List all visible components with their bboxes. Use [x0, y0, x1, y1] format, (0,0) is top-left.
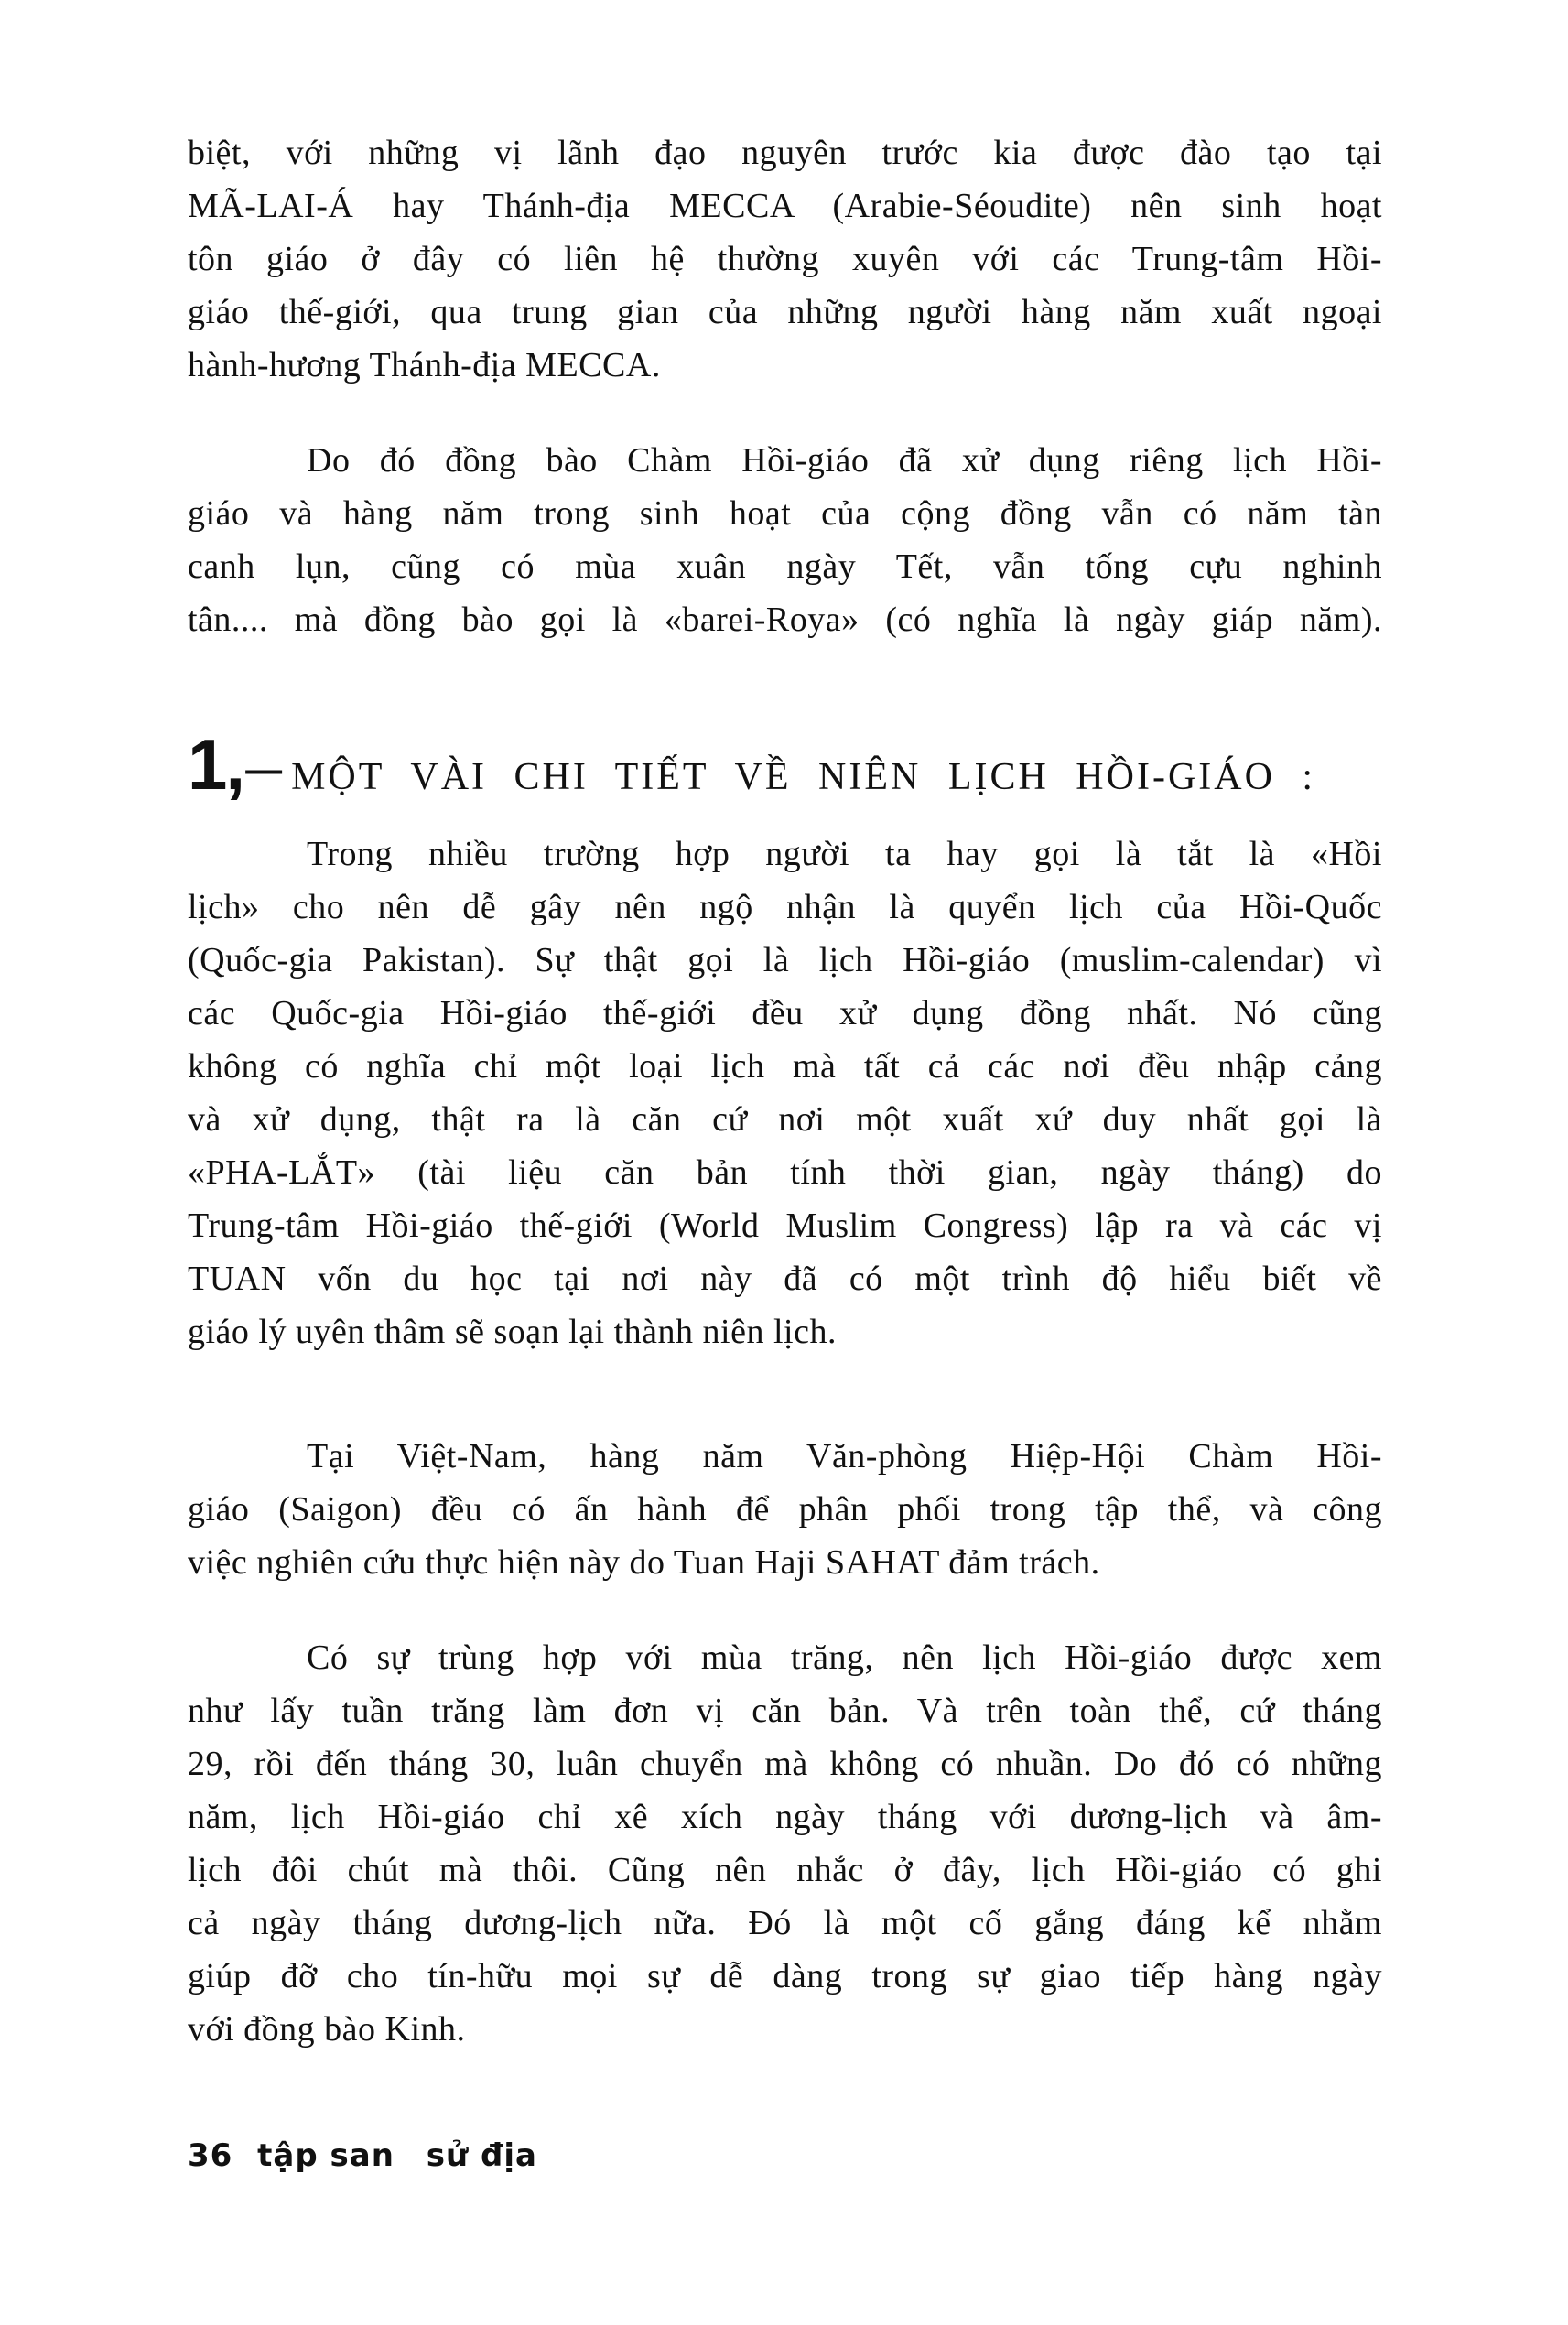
text-line: giáo (Saigon) đều có ấn hành để phân phố… — [188, 1487, 1382, 1532]
publication-name-part2: sử địa — [427, 2137, 537, 2174]
section-title: MỘT VÀI CHI TIẾT VỀ NIÊN LỊCH HỒI-GIÁO : — [291, 755, 1315, 799]
text-line: cả ngày tháng dương-lịch nữa. Đó là một … — [188, 1900, 1382, 1946]
text-line: lịch đôi chút mà thôi. Cũng nên nhắc ở đ… — [188, 1847, 1382, 1893]
text-line: Có sự trùng hợp với mùa trăng, nên lịch … — [307, 1635, 1382, 1681]
text-line: tôn giáo ở đây có liên hệ thường xuyên v… — [188, 236, 1382, 282]
text-line: như lấy tuần trăng làm đơn vị căn bản. V… — [188, 1688, 1382, 1734]
text-line: Tại Việt-Nam, hàng năm Văn-phòng Hiệp-Hộ… — [307, 1433, 1382, 1479]
text-line: Do đó đồng bào Chàm Hồi-giáo đã xử dụng … — [307, 438, 1382, 483]
text-line: 29, rồi đến tháng 30, luân chuyển mà khô… — [188, 1741, 1382, 1787]
text-line: canh lụn, cũng có mùa xuân ngày Tết, vẫn… — [188, 544, 1382, 589]
text-line: TUAN vốn du học tại nơi này đã có một tr… — [188, 1256, 1382, 1302]
section-number: 1, — [188, 723, 243, 806]
section-heading: 1, — MỘT VÀI CHI TIẾT VỀ NIÊN LỊCH HỒI-G… — [188, 723, 1315, 806]
publication-name-part1: tập san — [257, 2137, 395, 2174]
text-line: Trong nhiều trường hợp người ta hay gọi … — [307, 831, 1382, 877]
text-line: năm, lịch Hồi-giáo chỉ xê xích ngày thán… — [188, 1794, 1382, 1840]
section-dash: — — [245, 750, 282, 791]
page-number: 36 — [188, 2137, 232, 2174]
text-line: và xử dụng, thật ra là căn cứ nơi một xu… — [188, 1097, 1382, 1142]
text-line: MÃ-LAI-Á hay Thánh-địa MECCA (Arabie-Séo… — [188, 183, 1382, 229]
text-line: hành-hương Thánh-địa MECCA. — [188, 342, 661, 388]
text-line: giáo thế-giới, qua trung gian của những … — [188, 289, 1382, 335]
text-line: với đồng bào Kinh. — [188, 2006, 466, 2052]
text-line: giáo và hàng năm trong sinh hoạt của cộn… — [188, 491, 1382, 536]
text-line: việc nghiên cứu thực hiện này do Tuan Ha… — [188, 1540, 1100, 1585]
text-line: lịch» cho nên dễ gây nên ngộ nhận là quy… — [188, 884, 1382, 930]
text-line: «PHA-LẮT» (tài liệu căn bản tính thời gi… — [188, 1150, 1382, 1195]
text-line: biệt, với những vị lãnh đạo nguyên trước… — [188, 130, 1382, 176]
text-line: giáo lý uyên thâm sẽ soạn lại thành niên… — [188, 1309, 837, 1355]
text-line: (Quốc-gia Pakistan). Sự thật gọi là lịch… — [188, 937, 1382, 983]
text-line: giúp đỡ cho tín-hữu mọi sự dễ dàng trong… — [188, 1953, 1382, 1999]
page-footer: 36 tập san sử địa — [188, 2137, 537, 2174]
text-line: Trung-tâm Hồi-giáo thế-giới (World Musli… — [188, 1203, 1382, 1249]
text-line: không có nghĩa chỉ một loại lịch mà tất … — [188, 1044, 1382, 1089]
text-line: các Quốc-gia Hồi-giáo thế-giới đều xử dụ… — [188, 990, 1382, 1036]
text-line: tân.... mà đồng bào gọi là «barei-Roya» … — [188, 597, 1382, 643]
